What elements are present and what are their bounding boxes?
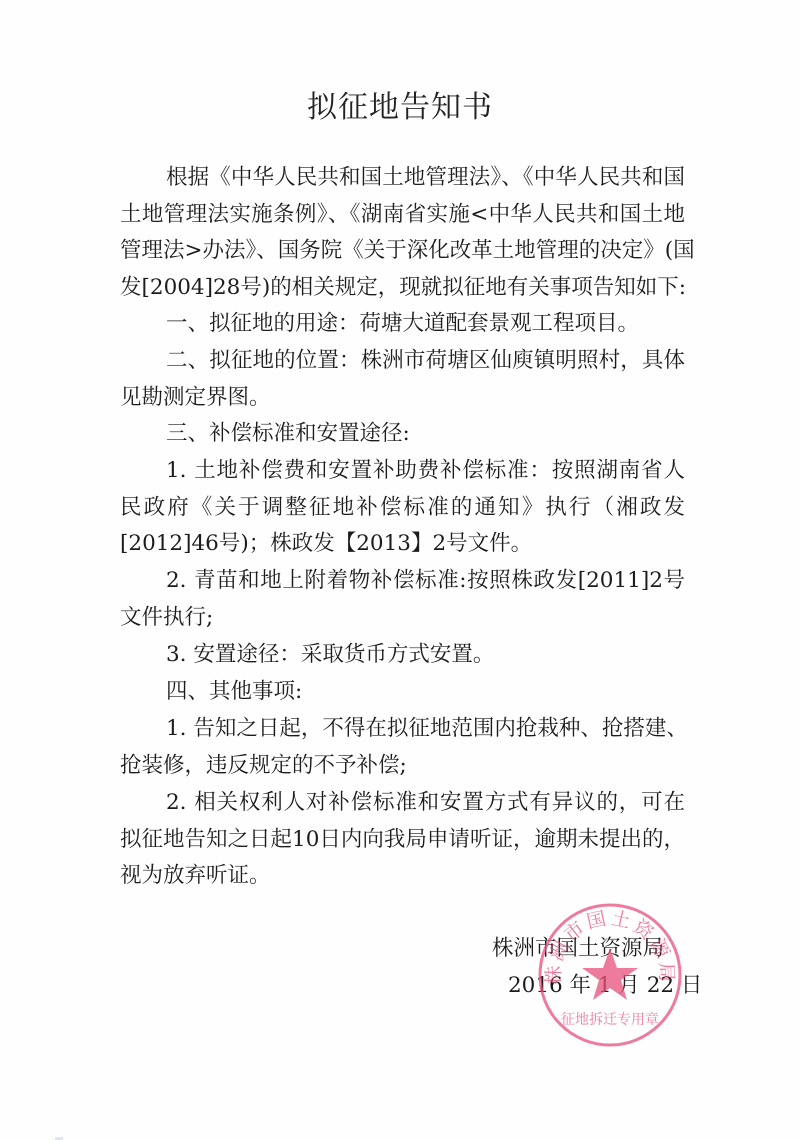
paragraph-section-3-item-1: 1. 土地补偿费和安置补助费补偿标准：按照湖南省人 民政府《关于调整征地补偿标准…: [120, 453, 685, 563]
seal-bottom-text: 征地拆迁专用章: [561, 1011, 659, 1028]
text-line: [2012]46号)；株政发【2013】2号文件。: [120, 526, 685, 563]
text-line: 二、拟征地的位置：株洲市荷塘区仙庾镇明照村，具体: [120, 343, 685, 380]
text-line: 抢装修，违反规定的不予补偿;: [120, 748, 685, 785]
text-line: 2. 青苗和地上附着物补偿标准:按照株政发[2011]2号: [120, 563, 685, 600]
paragraph-section-4-item-2: 2. 相关权利人对补偿标准和安置方式有异议的，可在 拟征地告知之日起10日内向我…: [120, 785, 685, 895]
text-line: 根据《中华人民共和国土地管理法》、《中华人民共和国: [120, 160, 685, 197]
paragraph-section-3-item-3: 3. 安置途径：采取货币方式安置。: [120, 637, 685, 674]
paragraph-section-4-item-1: 1. 告知之日起，不得在拟征地范围内抢栽种、抢搭建、 抢装修，违反规定的不予补偿…: [120, 711, 685, 784]
text-line: 3. 安置途径：采取货币方式安置。: [120, 637, 685, 674]
paragraph-section-3-heading: 三、补偿标准和安置途径:: [120, 416, 685, 453]
signature-date: 2016 年 1 月 22 日: [492, 967, 702, 1004]
text-line: 视为放弃听证。: [120, 858, 685, 895]
paragraph-section-3-item-2: 2. 青苗和地上附着物补偿标准:按照株政发[2011]2号 文件执行;: [120, 563, 685, 636]
paragraph-section-2-location: 二、拟征地的位置：株洲市荷塘区仙庾镇明照村，具体 见勘测定界图。: [120, 343, 685, 416]
text-line: 一、拟征地的用途：荷塘大道配套景观工程项目。: [120, 306, 685, 343]
text-line: 管理法>办法》、国务院《关于深化改革土地管理的决定》(国: [120, 233, 685, 270]
text-line: 发[2004]28号)的相关规定，现就拟征地有关事项告知如下:: [120, 270, 685, 307]
paragraph-section-4-heading: 四、其他事项:: [120, 674, 685, 711]
paragraph-section-1-purpose: 一、拟征地的用途：荷塘大道配套景观工程项目。: [120, 306, 685, 343]
paragraph-preamble: 根据《中华人民共和国土地管理法》、《中华人民共和国 土地管理法实施条例》、《湖南…: [120, 160, 685, 306]
text-line: 三、补偿标准和安置途径:: [120, 416, 685, 453]
document-page: 拟征地告知书 根据《中华人民共和国土地管理法》、《中华人民共和国 土地管理法实施…: [0, 0, 800, 1140]
text-line: 拟征地告知之日起10日内向我局申请听证，逾期未提出的，: [120, 822, 685, 859]
signature-organization: 株洲市国土资源局: [492, 930, 702, 967]
text-line: 土地管理法实施条例》、《湖南省实施<中华人民共和国土地: [120, 197, 685, 234]
signature-block: 株洲市国土资源局 2016 年 1 月 22 日: [492, 930, 702, 1004]
text-line: 四、其他事项:: [120, 674, 685, 711]
text-line: 文件执行;: [120, 600, 685, 637]
document-title: 拟征地告知书: [0, 82, 800, 126]
text-line: 民政府《关于调整征地补偿标准的通知》执行（湘政发: [120, 490, 685, 527]
text-line: 见勘测定界图。: [120, 380, 685, 417]
text-line: 2. 相关权利人对补偿标准和安置方式有异议的，可在: [120, 785, 685, 822]
text-line: 1. 土地补偿费和安置补助费补偿标准：按照湖南省人: [120, 453, 685, 490]
text-line: 1. 告知之日起，不得在拟征地范围内抢栽种、抢搭建、: [120, 711, 685, 748]
